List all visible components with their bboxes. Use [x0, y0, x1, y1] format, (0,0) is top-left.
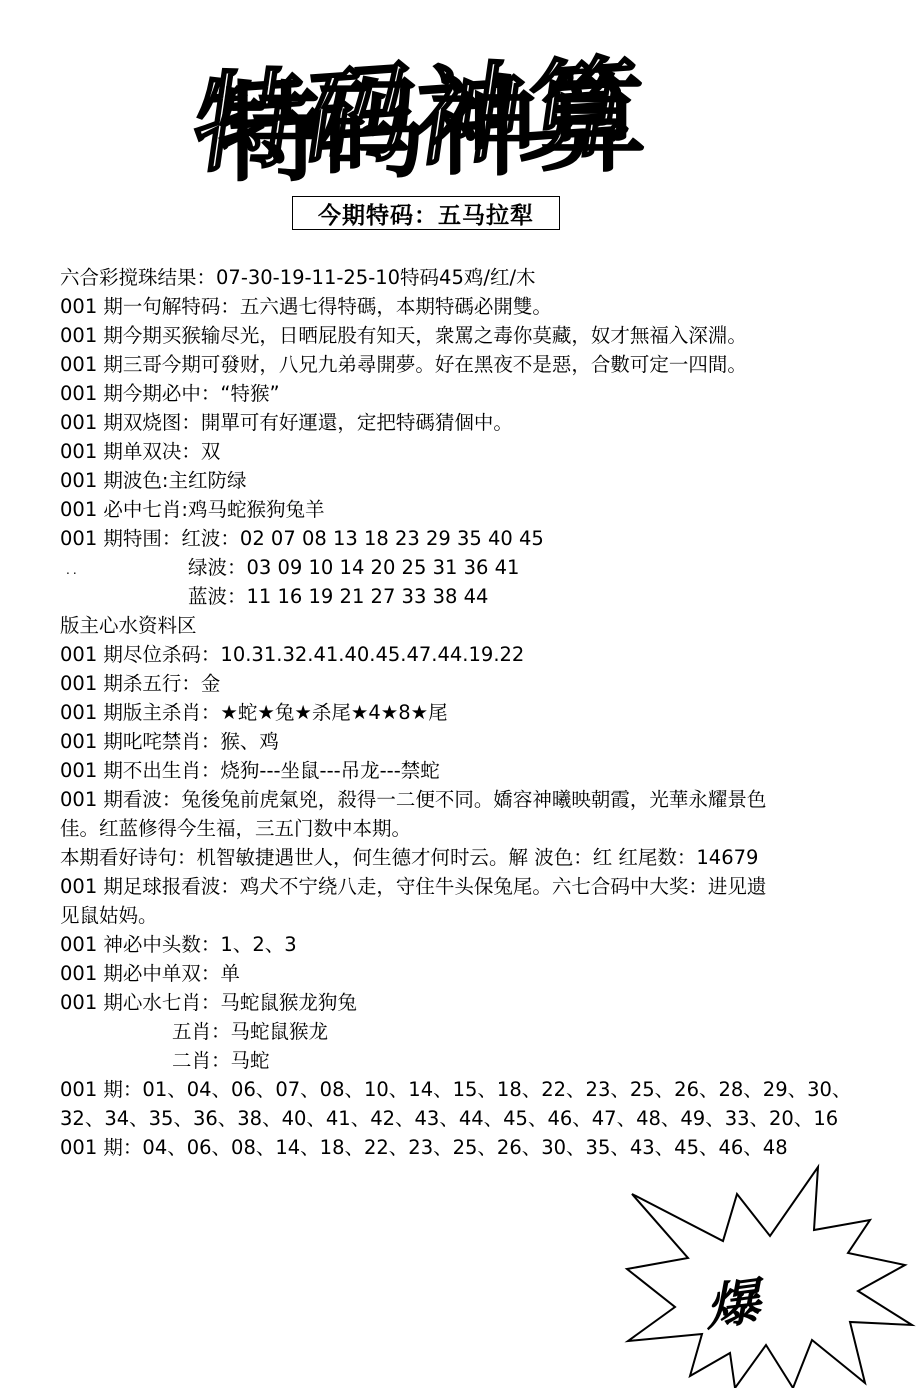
special-range-red: 001 期特围：红波：02 07 08 13 18 23 29 35 40 45	[60, 524, 880, 553]
subtitle-text: 今期特码：五马拉犁	[318, 197, 534, 230]
page-title: 特 特 码 码 神 神 算 算	[195, 60, 655, 190]
draw-result-line: 六合彩搅珠结果：07-30-19-11-25-10特码45鸡/红/木	[60, 263, 880, 292]
text-line: 见鼠姑妈。	[60, 901, 880, 930]
section-heading: 版主心水资料区	[60, 611, 880, 640]
content-body: 六合彩搅珠结果：07-30-19-11-25-10特码45鸡/红/木 001 期…	[60, 263, 880, 1162]
text-line: 001 期版主杀肖：★蛇★兔★杀尾★4★8★尾	[60, 698, 880, 727]
dots: ..	[60, 556, 188, 585]
text-line: 001 期双烧图：開單可有好運還，定把特碼猜個中。	[60, 408, 880, 437]
subtitle-box: 今期特码：五马拉犁	[292, 196, 560, 230]
text-line: 001 期今期买猴输尽光，日晒屁股有知天，衆罵之毒你莫藏，奴才無福入深淵。	[60, 321, 880, 350]
text-line: 001 必中七肖:鸡马蛇猴狗兔羊	[60, 495, 880, 524]
number-list-line: 001 期：01、04、06、07、08、10、14、15、18、22、23、2…	[60, 1075, 880, 1104]
green-wave-numbers: 绿波：03 09 10 14 20 25 31 36 41	[188, 556, 519, 579]
text-line: 001 期足球报看波：鸡犬不宁绕八走，守住牛头保兔尾。六七合码中大奖：进见遗	[60, 872, 880, 901]
text-line: 本期看好诗句：机智敏捷遇世人，何生德才何时云。解 波色：红 红尾数：14679	[60, 843, 880, 872]
red-wave-numbers: 红波：02 07 08 13 18 23 29 35 40 45	[181, 527, 543, 550]
title-char: 算	[539, 70, 647, 178]
text-line: 001 期一句解特码：五六遇七得特碼，本期特碼必開雙。	[60, 292, 880, 321]
special-range-blue: 蓝波：11 16 19 21 27 33 38 44	[60, 582, 880, 611]
text-line: 001 神必中头数：1、2、3	[60, 930, 880, 959]
two-xiao-line: 二肖：马蛇	[60, 1046, 880, 1075]
text-line: 001 期心水七肖：马蛇鼠猴龙狗兔	[60, 988, 880, 1017]
text-line: 001 期必中单双：单	[60, 959, 880, 988]
number-list-line: 32、34、35、36、38、40、41、42、43、44、45、46、47、4…	[60, 1104, 880, 1133]
five-xiao-line: 五肖：马蛇鼠猴龙	[60, 1017, 880, 1046]
text-line: 佳。红蓝修得今生福，三五门数中本期。	[60, 814, 880, 843]
special-range-label: 001 期特围：	[60, 527, 181, 550]
text-line: 001 期今期必中：“特猴”	[60, 379, 880, 408]
text-line: 001 期三哥今期可發财，八兄九弟尋開夢。好在黑夜不是惡，合數可定一四間。	[60, 350, 880, 379]
text-line: 001 期不出生肖：烧狗---坐鼠---吊龙---禁蛇	[60, 756, 880, 785]
number-list-line: 001 期：04、06、08、14、18、22、23、25、26、30、35、4…	[60, 1133, 880, 1162]
special-range-green: ..绿波：03 09 10 14 20 25 31 36 41	[60, 553, 880, 582]
text-line: 001 期杀五行：金	[60, 669, 880, 698]
text-line: 001 期看波：兔後兔前虎氣兇，殺得一二便不同。嬌容神曦映朝霞，光華永耀景色	[60, 785, 880, 814]
text-line: 001 期尽位杀码：10.31.32.41.40.45.47.44.19.22	[60, 640, 880, 669]
starburst-icon	[620, 1160, 921, 1388]
text-line: 001 期叱咤禁肖：猴、鸡	[60, 727, 880, 756]
text-line: 001 期波色:主红防绿	[60, 466, 880, 495]
text-line: 001 期单双决：双	[60, 437, 880, 466]
